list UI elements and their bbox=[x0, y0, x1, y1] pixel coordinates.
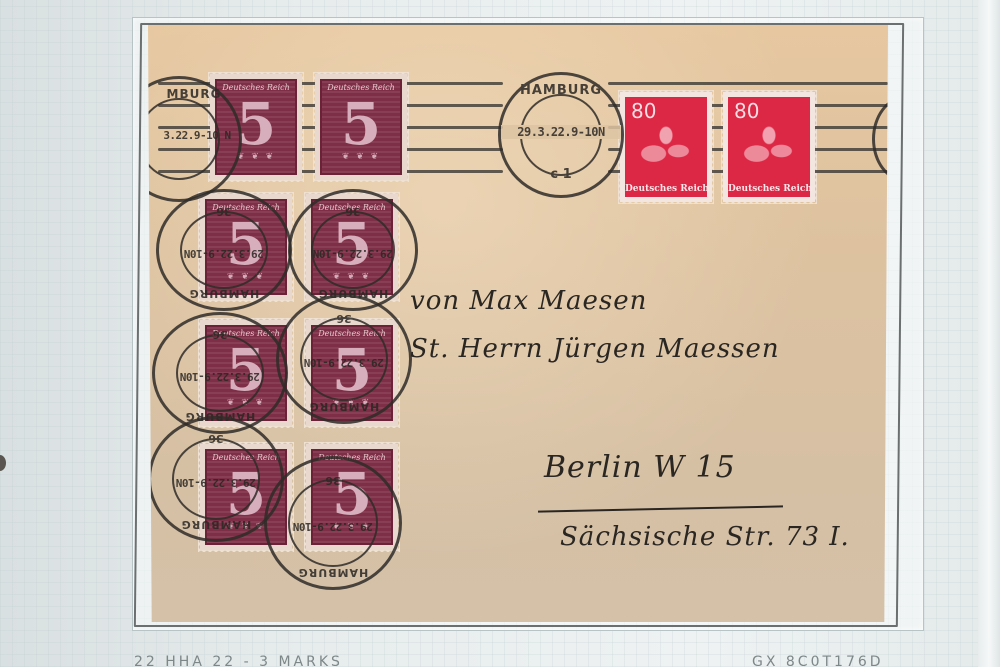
album-page-edge bbox=[978, 0, 1000, 667]
album-frame-line bbox=[134, 23, 904, 627]
album-pencil-note-left: 22 HHA 22 - 3 MARKS bbox=[134, 654, 343, 667]
album-pencil-note-right: GX 8C0T176D bbox=[752, 654, 884, 667]
